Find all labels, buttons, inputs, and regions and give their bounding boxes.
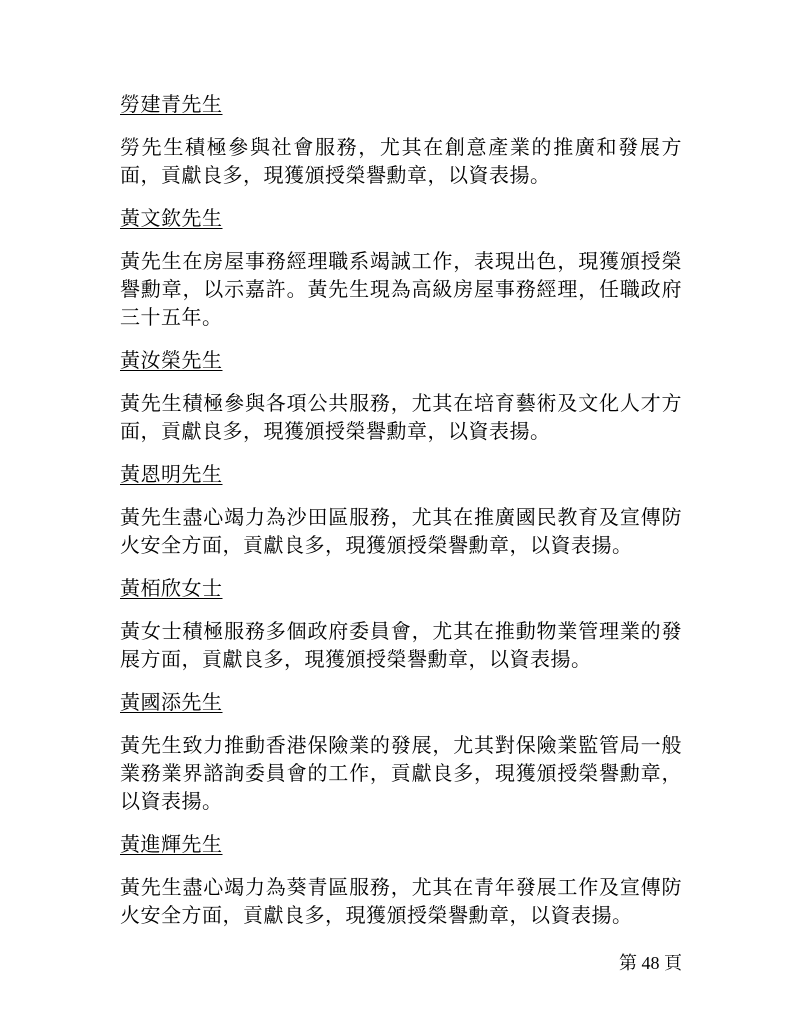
citation-paragraph: 黃先生盡心竭力為葵青區服務，尤其在青年發展工作及宣傳防火安全方面，貢獻良多，現獲… — [120, 874, 682, 930]
page-footer: 第 48 頁 — [120, 951, 682, 975]
page-number: 第 48 頁 — [619, 953, 682, 973]
honouree-section: 黃進輝先生 黃先生盡心竭力為葵青區服務，尤其在青年發展工作及宣傳防火安全方面，貢… — [120, 831, 682, 930]
honouree-section: 勞建青先生 勞先生積極參與社會服務，尤其在創意產業的推廣和發展方面，貢獻良多，現… — [120, 91, 682, 190]
honouree-name-heading: 黃汝榮先生 — [120, 347, 682, 375]
honouree-name-heading: 黃文欽先生 — [120, 205, 682, 233]
honouree-name-heading: 勞建青先生 — [120, 91, 682, 119]
honouree-section: 黃恩明先生 黃先生盡心竭力為沙田區服務，尤其在推廣國民教育及宣傳防火安全方面，貢… — [120, 461, 682, 560]
document-page: 勞建青先生 勞先生積極參與社會服務，尤其在創意產業的推廣和發展方面，貢獻良多，現… — [0, 0, 791, 1024]
honouree-section: 黃文欽先生 黃先生在房屋事務經理職系竭誠工作，表現出色，現獲頒授榮譽勳章，以示嘉… — [120, 205, 682, 332]
citation-paragraph: 黃女士積極服務多個政府委員會，尤其在推動物業管理業的發展方面，貢獻良多，現獲頒授… — [120, 618, 682, 674]
honouree-name-heading: 黃恩明先生 — [120, 461, 682, 489]
citation-paragraph: 黃先生盡心竭力為沙田區服務，尤其在推廣國民教育及宣傳防火安全方面，貢獻良多，現獲… — [120, 504, 682, 560]
citation-paragraph: 勞先生積極參與社會服務，尤其在創意產業的推廣和發展方面，貢獻良多，現獲頒授榮譽勳… — [120, 134, 682, 190]
honouree-name-heading: 黃進輝先生 — [120, 831, 682, 859]
citation-paragraph: 黃先生積極參與各項公共服務，尤其在培育藝術及文化人才方面，貢獻良多，現獲頒授榮譽… — [120, 390, 682, 446]
honouree-section: 黃國添先生 黃先生致力推動香港保險業的發展，尤其對保險業監管局一般業務業界諮詢委… — [120, 689, 682, 816]
document-content: 勞建青先生 勞先生積極參與社會服務，尤其在創意產業的推廣和發展方面，貢獻良多，現… — [120, 91, 682, 945]
honouree-section: 黃汝榮先生 黃先生積極參與各項公共服務，尤其在培育藝術及文化人才方面，貢獻良多，… — [120, 347, 682, 446]
citation-paragraph: 黃先生致力推動香港保險業的發展，尤其對保險業監管局一般業務業界諮詢委員會的工作，… — [120, 732, 682, 816]
honouree-name-heading: 黃國添先生 — [120, 689, 682, 717]
honouree-name-heading: 黃栢欣女士 — [120, 575, 682, 603]
honouree-section: 黃栢欣女士 黃女士積極服務多個政府委員會，尤其在推動物業管理業的發展方面，貢獻良… — [120, 575, 682, 674]
citation-paragraph: 黃先生在房屋事務經理職系竭誠工作，表現出色，現獲頒授榮譽勳章，以示嘉許。黃先生現… — [120, 248, 682, 332]
